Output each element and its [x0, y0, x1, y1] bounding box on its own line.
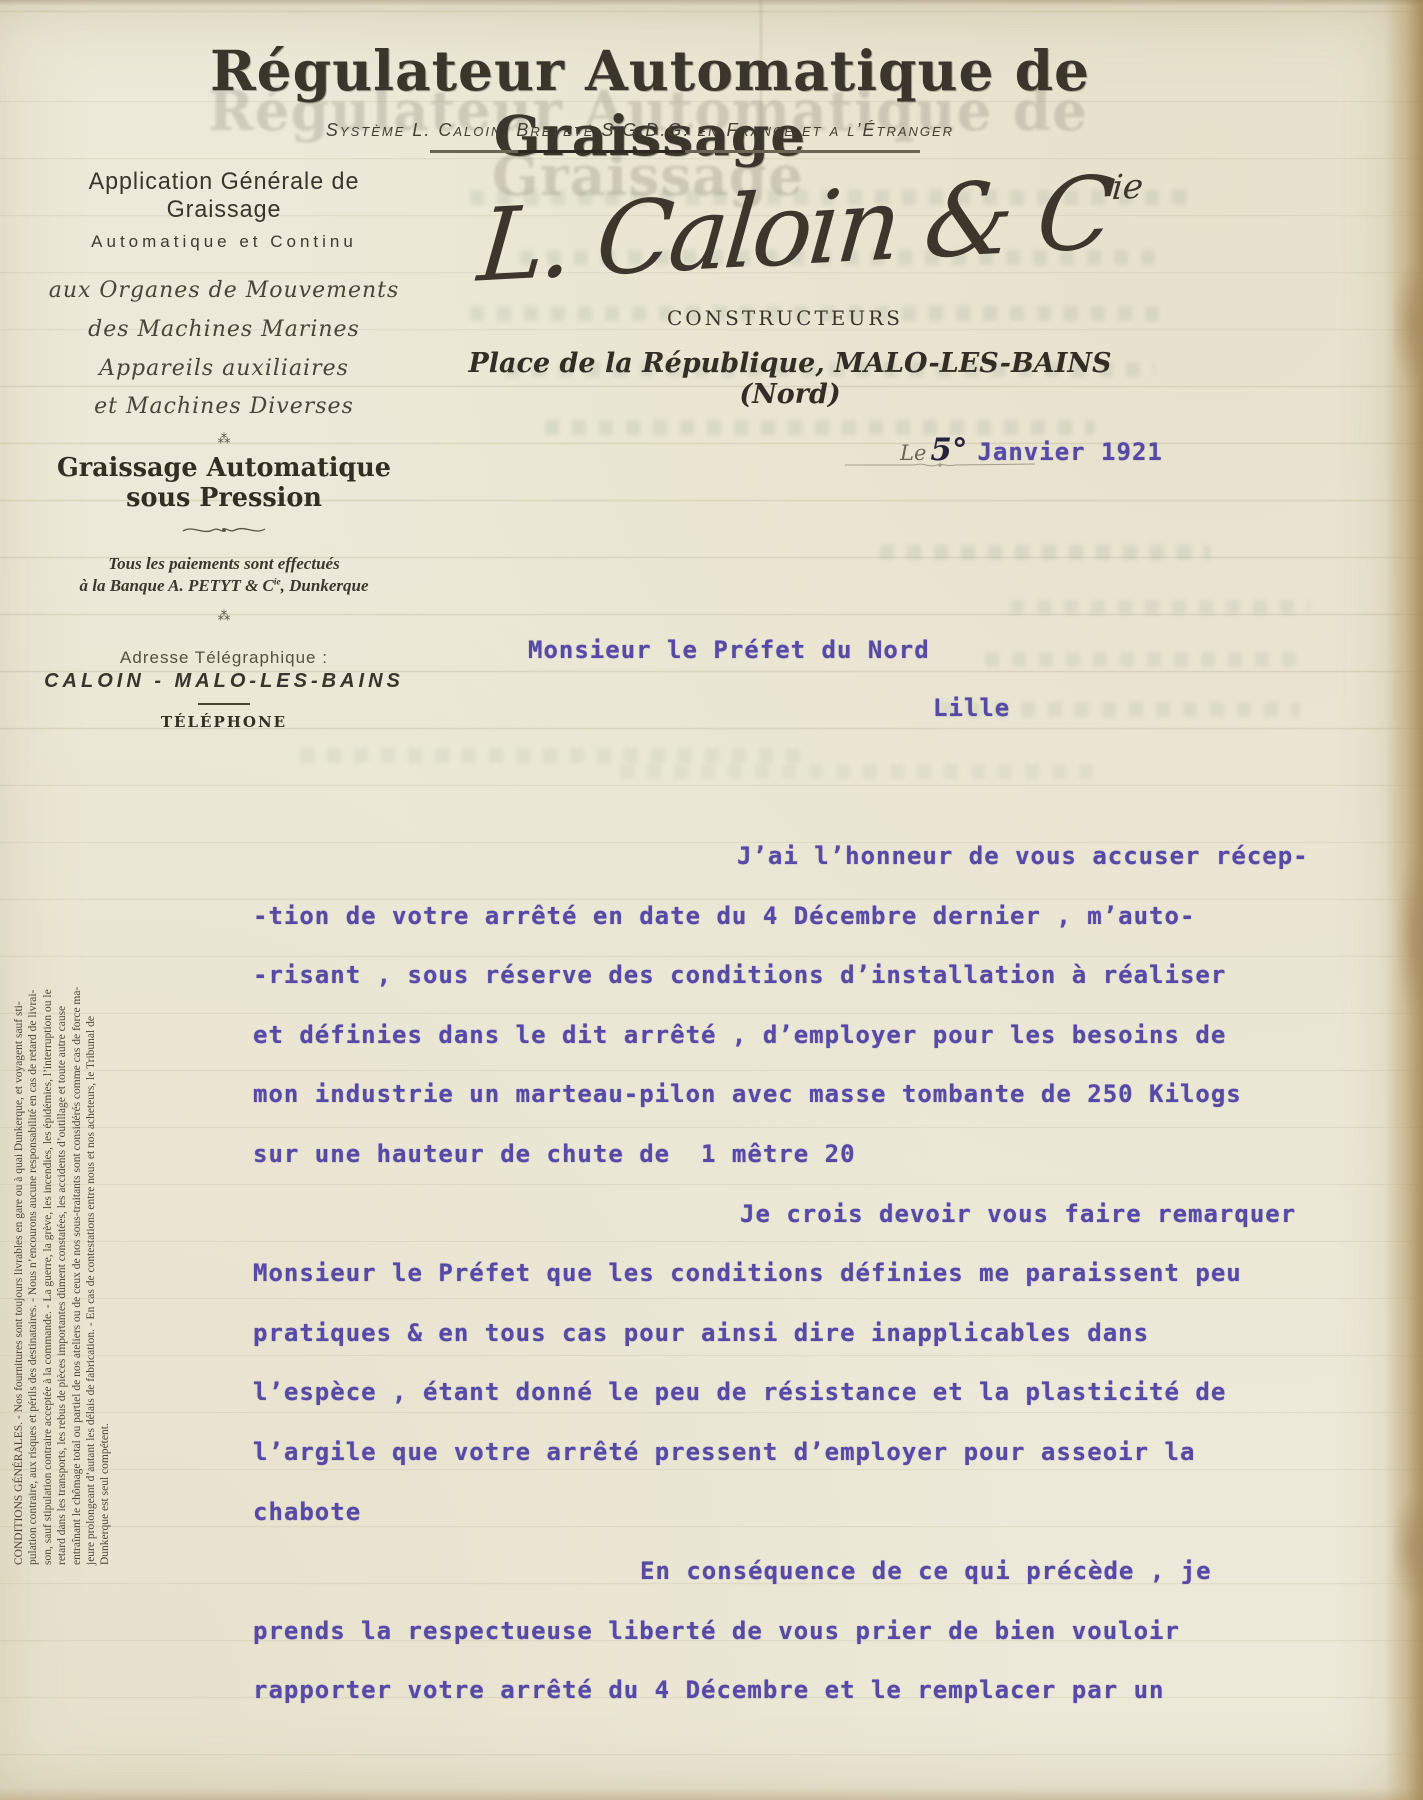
body-line: l’espèce , étant donné le peu de résista… — [253, 1378, 1413, 1438]
conditions-line: retard dans les transports, les rebus de… — [55, 660, 69, 1565]
body-line: En conséquence de ce qui précède , je — [253, 1557, 1413, 1617]
body-line: J’ai l’honneur de vous accuser récep- — [253, 842, 1413, 902]
pressure-title: Graissage Automatique sous Pression — [32, 453, 416, 513]
telephone-rule — [198, 703, 250, 705]
company-name-sup: ie — [1110, 166, 1144, 208]
company-address: Place de la République, MALO-LES-BAINS (… — [440, 348, 1140, 410]
recipient-line1: Monsieur le Préfet du Nord — [528, 636, 930, 664]
letter-body: J’ai l’honneur de vous accuser récep- -t… — [253, 842, 1413, 1736]
asterism-ornament-icon: ⁂ — [28, 608, 420, 624]
bleed-through-smudge — [1010, 600, 1310, 615]
body-line: prends la respectueuse liberté de vous p… — [253, 1617, 1413, 1677]
payments-line2-sup: ie — [274, 577, 281, 587]
paper-edge-right — [1385, 0, 1423, 1800]
page-title: Régulateur Automatique de Graissage — [120, 38, 1180, 168]
application-line: Application Générale de Graissage — [34, 168, 414, 224]
letterhead-left-column: Application Générale de Graissage Automa… — [28, 168, 420, 731]
bleed-through-smudge — [300, 748, 800, 763]
payments-line2-tail: , Dunkerque — [281, 576, 369, 595]
flourish-ornament-icon — [28, 523, 420, 542]
bleed-through-smudge — [620, 764, 1100, 779]
masthead-rule — [430, 150, 920, 153]
body-line: Je crois devoir vous faire remarquer — [253, 1200, 1413, 1260]
masthead-subtitle: Système L. Caloin, Breveté S.G.D.G. en F… — [230, 120, 1050, 141]
conditions-line: Dunkerque est seul compétent. — [98, 660, 112, 1565]
script-line-appareils: Appareils auxiliaires — [28, 356, 420, 381]
script-line-organes: aux Organes de Mouvements — [28, 278, 420, 303]
conditions-line: pulation contraire, aux risques et péril… — [26, 660, 40, 1565]
date-prefix: Le — [900, 441, 926, 465]
paper-edge-top — [0, 0, 1423, 6]
body-line: l’argile que votre arrêté pressent d’emp… — [253, 1438, 1413, 1498]
conditions-line: entraînant le chômage total ou partiel d… — [70, 660, 84, 1565]
body-line: pratiques & en tous cas pour ainsi dire … — [253, 1319, 1413, 1379]
payments-line2: à la Banque A. PETYT & Cie, Dunkerque — [28, 576, 420, 596]
company-role: CONSTRUCTEURS — [600, 306, 970, 330]
body-line: chabote — [253, 1498, 1413, 1558]
body-line: et définies dans le dit arrêté , d’emplo… — [253, 1021, 1413, 1081]
body-line: sur une hauteur de chute de 1 mêtre 20 — [253, 1140, 1413, 1200]
asterism-ornament-icon: ⁂ — [28, 431, 420, 447]
bleed-through-smudge — [985, 652, 1305, 667]
paper-edge-bottom — [0, 1788, 1423, 1800]
date-day-handwritten: 5° — [930, 432, 967, 468]
body-line: Monsieur le Préfet que les conditions dé… — [253, 1259, 1413, 1319]
body-line: rapporter votre arrêté du 4 Décembre et … — [253, 1676, 1413, 1736]
conditions-line: jeure prolongeant d’autant les délais de… — [84, 660, 98, 1565]
payments-line1: Tous les paiements sont effectués — [28, 554, 420, 574]
date-typed: Janvier 1921 — [977, 438, 1162, 466]
payments-line2-main: à la Banque A. PETYT & C — [79, 576, 273, 595]
script-line-machines-marines: des Machines Marines — [28, 317, 420, 342]
conditions-line: CONDITIONS GÉNÉRALES. - Nos fournitures … — [12, 660, 26, 1565]
recipient-line2: Lille — [933, 694, 1010, 722]
script-line-machines-diverses: et Machines Diverses — [28, 394, 420, 419]
body-line: -tion de votre arrêté en date du 4 Décem… — [253, 902, 1413, 962]
body-line: mon industrie un marteau-pilon avec mass… — [253, 1080, 1413, 1140]
automatique-line: Automatique et Continu — [28, 232, 420, 252]
date-line: Le5°Janvier 1921 — [900, 432, 1163, 468]
bleed-through-smudge — [880, 545, 1210, 560]
body-line: -risant , sous réserve des conditions d’… — [253, 961, 1413, 1021]
conditions-line: son, sauf stipulation contraire acceptée… — [41, 660, 55, 1565]
letter-page: Régulateur Automatique de Graissage Régu… — [0, 0, 1423, 1800]
conditions-generales: CONDITIONS GÉNÉRALES. - Nos fournitures … — [12, 660, 113, 1565]
